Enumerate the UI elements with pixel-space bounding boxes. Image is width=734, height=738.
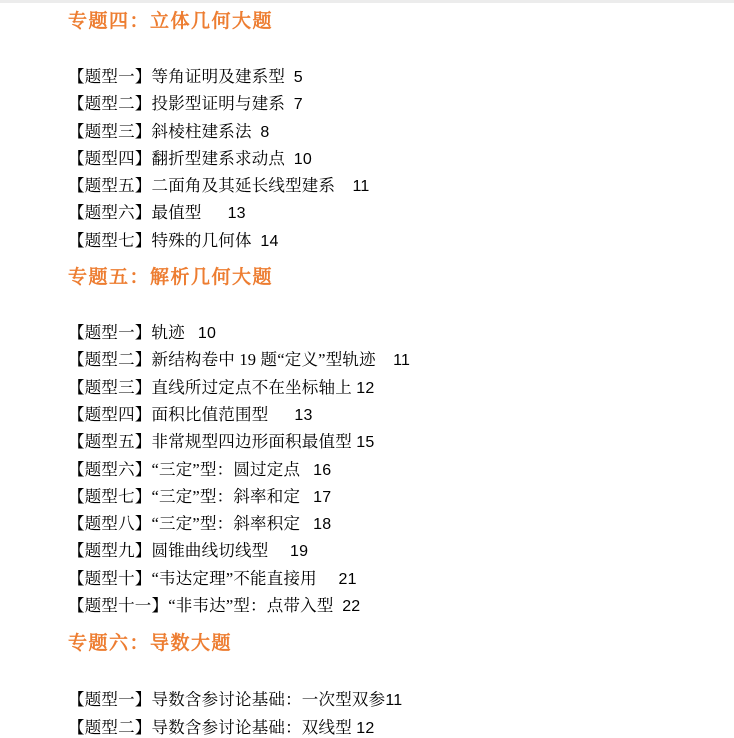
- toc-item: 【题型九】圆锥曲线切线型 19: [68, 537, 734, 564]
- toc-item-label: 【题型七】“三定”型：斜率和定: [68, 487, 313, 506]
- toc-item-page: 5: [294, 69, 303, 86]
- toc-item-page: 15: [356, 434, 374, 451]
- toc-item-page: 10: [198, 325, 216, 342]
- toc-item-page: 17: [313, 489, 331, 506]
- toc-item: 【题型五】二面角及其延长线型建系 11: [68, 172, 734, 199]
- toc-item-page: 12: [356, 720, 374, 737]
- toc-item: 【题型六】“三定”型：圆过定点 16: [68, 456, 734, 483]
- toc-item-label: 【题型三】斜棱柱建系法: [68, 122, 260, 141]
- toc-item: 【题型一】轨迹 10: [68, 319, 734, 346]
- toc-item-label: 【题型十】“韦达定理”不能直接用: [68, 569, 338, 588]
- toc-item-label: 【题型七】特殊的几何体: [68, 231, 260, 250]
- toc-item-label: 【题型六】最值型: [68, 203, 228, 222]
- document-page: 专题四：立体几何大题 【题型一】等角证明及建系型 5 【题型二】投影型证明与建系…: [0, 3, 734, 738]
- toc-item-label: 【题型八】“三定”型：斜率积定: [68, 514, 313, 533]
- toc-item-page: 11: [385, 692, 402, 709]
- toc-item: 【题型五】非常规型四边形面积最值型 15: [68, 428, 734, 455]
- toc-item-page: 22: [342, 598, 360, 615]
- toc-item: 【题型三】斜棱柱建系法 8: [68, 118, 734, 145]
- toc-item-page: 13: [294, 407, 312, 424]
- toc-item-label: 【题型一】导数含参讨论基础：一次型双参: [68, 690, 385, 709]
- toc-item-label: 【题型二】导数含参讨论基础：双线型: [68, 718, 356, 737]
- toc-list: 【题型一】轨迹 10 【题型二】新结构卷中 19 题“定义”型轨迹 11 【题型…: [68, 319, 734, 619]
- toc-item: 【题型八】“三定”型：斜率积定 18: [68, 510, 734, 537]
- toc-item-label: 【题型二】新结构卷中 19 题“定义”型轨迹: [68, 350, 393, 369]
- toc-item-page: 13: [228, 205, 246, 222]
- toc-item-label: 【题型十一】“非韦达”型：点带入型: [68, 596, 342, 615]
- section-analytic-geometry: 专题五：解析几何大题 【题型一】轨迹 10 【题型二】新结构卷中 19 题“定义…: [68, 268, 734, 619]
- section-derivative: 专题六：导数大题 【题型一】导数含参讨论基础：一次型双参11 【题型二】导数含参…: [68, 634, 734, 738]
- toc-item-label: 【题型五】非常规型四边形面积最值型: [68, 432, 356, 451]
- toc-item: 【题型七】“三定”型：斜率和定 17: [68, 483, 734, 510]
- toc-item-page: 11: [353, 178, 370, 195]
- toc-item-label: 【题型一】轨迹: [68, 323, 198, 342]
- toc-item-page: 14: [260, 233, 278, 250]
- toc-item: 【题型七】特殊的几何体 14: [68, 227, 734, 254]
- toc-item-page: 10: [294, 151, 312, 168]
- toc-item: 【题型一】等角证明及建系型 5: [68, 63, 734, 90]
- toc-item-label: 【题型二】投影型证明与建系: [68, 94, 294, 113]
- toc-item: 【题型一】导数含参讨论基础：一次型双参11: [68, 686, 734, 713]
- toc-item: 【题型二】投影型证明与建系 7: [68, 90, 734, 117]
- toc-item-page: 21: [338, 571, 356, 588]
- toc-list: 【题型一】导数含参讨论基础：一次型双参11 【题型二】导数含参讨论基础：双线型 …: [68, 686, 734, 738]
- toc-item-page: 16: [313, 462, 331, 479]
- toc-item: 【题型六】最值型 13: [68, 199, 734, 226]
- toc-item: 【题型十】“韦达定理”不能直接用 21: [68, 565, 734, 592]
- toc-item: 【题型三】直线所过定点不在坐标轴上 12: [68, 374, 734, 401]
- section-title: 专题五：解析几何大题: [68, 268, 734, 288]
- toc-item: 【题型四】翻折型建系求动点 10: [68, 145, 734, 172]
- toc-item-label: 【题型九】圆锥曲线切线型: [68, 541, 290, 560]
- toc-item-label: 【题型三】直线所过定点不在坐标轴上: [68, 378, 356, 397]
- toc-item: 【题型十一】“非韦达”型：点带入型 22: [68, 592, 734, 619]
- toc-item: 【题型二】导数含参讨论基础：双线型 12: [68, 714, 734, 738]
- toc-item: 【题型四】面积比值范围型 13: [68, 401, 734, 428]
- section-title: 专题四：立体几何大题: [68, 12, 734, 32]
- toc-item-page: 12: [356, 380, 374, 397]
- toc-item-label: 【题型六】“三定”型：圆过定点: [68, 460, 313, 479]
- toc-item-page: 19: [290, 543, 308, 560]
- toc-item-page: 11: [393, 352, 410, 369]
- toc-item-label: 【题型四】翻折型建系求动点: [68, 149, 294, 168]
- toc-item-label: 【题型一】等角证明及建系型: [68, 67, 294, 86]
- section-solid-geometry: 专题四：立体几何大题 【题型一】等角证明及建系型 5 【题型二】投影型证明与建系…: [68, 12, 734, 254]
- toc-item: 【题型二】新结构卷中 19 题“定义”型轨迹 11: [68, 346, 734, 373]
- toc-list: 【题型一】等角证明及建系型 5 【题型二】投影型证明与建系 7 【题型三】斜棱柱…: [68, 63, 734, 254]
- toc-item-page: 7: [294, 96, 303, 113]
- toc-item-label: 【题型四】面积比值范围型: [68, 405, 294, 424]
- toc-item-page: 18: [313, 516, 331, 533]
- section-title: 专题六：导数大题: [68, 634, 734, 654]
- toc-item-label: 【题型五】二面角及其延长线型建系: [68, 176, 353, 195]
- toc-item-page: 8: [260, 124, 269, 141]
